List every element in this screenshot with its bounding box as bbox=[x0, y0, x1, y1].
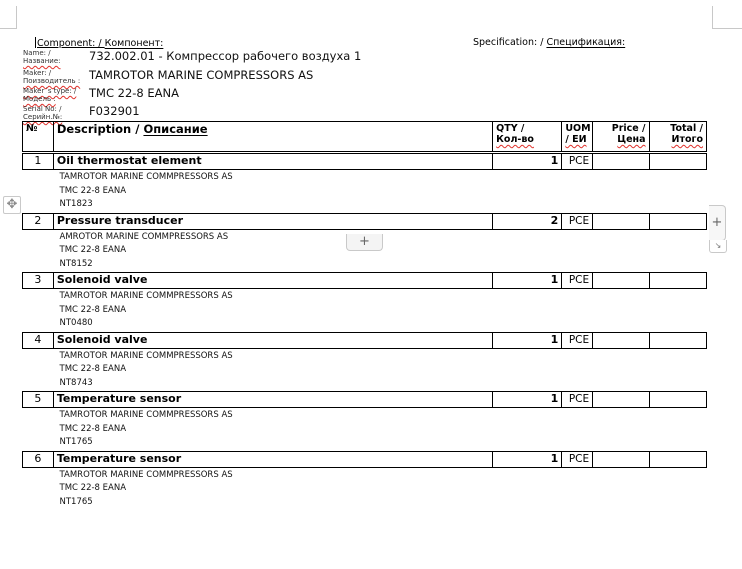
item-maker: TAMROTOR MARINE COMMPRESSORS AS bbox=[60, 350, 707, 364]
item-maker: TAMROTOR MARINE COMMPRESSORS AS bbox=[60, 171, 707, 185]
name-label: Name: / Название: bbox=[23, 49, 85, 65]
specification-label-en: Specification: / bbox=[473, 37, 546, 48]
item-type: TMC 22-8 EANA bbox=[60, 304, 707, 318]
item-price[interactable] bbox=[593, 273, 649, 289]
item-total[interactable] bbox=[649, 451, 706, 467]
item-uom[interactable]: PCE bbox=[562, 154, 593, 170]
serial-label: Serial No: / Серийн.№: bbox=[23, 105, 85, 121]
table-row[interactable]: 1Oil thermostat element1PCE bbox=[23, 154, 707, 170]
item-number[interactable]: 4 bbox=[23, 332, 54, 348]
resize-icon: ↘ bbox=[715, 241, 722, 250]
table-header-row: № Description / Описание QTY /Кол-во UOM… bbox=[23, 122, 707, 152]
item-total[interactable] bbox=[649, 273, 706, 289]
item-number[interactable]: 2 bbox=[23, 213, 54, 229]
item-uom[interactable]: PCE bbox=[562, 451, 593, 467]
header-uom: UOM/ ЕИ bbox=[562, 122, 593, 152]
item-quantity[interactable]: 1 bbox=[493, 273, 562, 289]
item-price[interactable] bbox=[593, 332, 649, 348]
item-details-row: TAMROTOR MARINE COMMPRESSORS ASTMC 22-8 … bbox=[23, 289, 707, 333]
item-number[interactable]: 3 bbox=[23, 273, 54, 289]
item-quantity[interactable]: 2 bbox=[493, 213, 562, 229]
item-uom[interactable]: PCE bbox=[562, 392, 593, 408]
item-details-row: TAMROTOR MARINE COMMPRESSORS ASTMC 22-8 … bbox=[23, 170, 707, 214]
header-price: Price /Цена bbox=[593, 122, 649, 152]
item-description[interactable]: Pressure transducer bbox=[53, 213, 492, 229]
item-price[interactable] bbox=[593, 154, 649, 170]
item-number[interactable]: 6 bbox=[23, 451, 54, 467]
item-uom[interactable]: PCE bbox=[562, 332, 593, 348]
item-maker: TAMROTOR MARINE COMMPRESSORS AS bbox=[60, 290, 707, 304]
name-value: 732.002.01 - Компрессор рабочего воздуха… bbox=[89, 49, 361, 63]
table-row[interactable]: 6Temperature sensor1PCE bbox=[23, 451, 707, 467]
item-part-no: NT0480 bbox=[60, 317, 707, 331]
table-row[interactable]: 3Solenoid valve1PCE bbox=[23, 273, 707, 289]
item-maker: AMROTOR MARINE COMMPRESSORS AS bbox=[60, 231, 707, 245]
item-price[interactable] bbox=[593, 451, 649, 467]
specification-heading: Specification: / Спецификация: bbox=[473, 37, 625, 48]
item-total[interactable] bbox=[649, 154, 706, 170]
item-quantity[interactable]: 1 bbox=[493, 392, 562, 408]
header-total: Total /Итого bbox=[649, 122, 706, 152]
item-total[interactable] bbox=[649, 213, 706, 229]
item-part-no: NT1823 bbox=[60, 198, 707, 212]
item-description[interactable]: Solenoid valve bbox=[53, 332, 492, 348]
item-description[interactable]: Temperature sensor bbox=[53, 392, 492, 408]
item-price[interactable] bbox=[593, 213, 649, 229]
item-type: TMC 22-8 EANA bbox=[60, 244, 707, 258]
item-price[interactable] bbox=[593, 392, 649, 408]
item-description[interactable]: Oil thermostat element bbox=[53, 154, 492, 170]
item-details-row: TAMROTOR MARINE COMMPRESSORS ASTMC 22-8 … bbox=[23, 408, 707, 452]
item-type: TMC 22-8 EANA bbox=[60, 423, 707, 437]
move-icon: ✥ bbox=[7, 197, 18, 212]
maker-type-value: TMC 22-8 EANA bbox=[89, 86, 179, 100]
item-uom[interactable]: PCE bbox=[562, 213, 593, 229]
item-part-no: NT8743 bbox=[60, 377, 707, 391]
item-details-row: TAMROTOR MARINE COMMPRESSORS ASTMC 22-8 … bbox=[23, 348, 707, 392]
specification-table: № Description / Описание QTY /Кол-во UOM… bbox=[22, 121, 707, 510]
plus-icon: + bbox=[712, 215, 723, 230]
item-quantity[interactable]: 1 bbox=[493, 332, 562, 348]
item-description[interactable]: Temperature sensor bbox=[53, 451, 492, 467]
item-type: TMC 22-8 EANA bbox=[60, 363, 707, 377]
item-part-no: NT1765 bbox=[60, 496, 707, 510]
table-row[interactable]: 4Solenoid valve1PCE bbox=[23, 332, 707, 348]
item-maker: TAMROTOR MARINE COMMPRESSORS AS bbox=[60, 409, 707, 423]
item-number[interactable]: 5 bbox=[23, 392, 54, 408]
item-total[interactable] bbox=[649, 332, 706, 348]
table-row[interactable]: 5Temperature sensor1PCE bbox=[23, 392, 707, 408]
plus-icon: + bbox=[359, 234, 370, 249]
item-maker: TAMROTOR MARINE COMMPRESSORS AS bbox=[60, 469, 707, 483]
page-corner-mark-left bbox=[0, 6, 17, 29]
header-no: № bbox=[23, 122, 54, 152]
item-type: TMC 22-8 EANA bbox=[60, 185, 707, 199]
header-qty: QTY /Кол-во bbox=[493, 122, 562, 152]
serial-value: F032901 bbox=[89, 104, 140, 118]
specification-label-ru: Спецификация: bbox=[546, 37, 625, 48]
maker-type-label: Maker´s type: / Модель : bbox=[23, 87, 85, 103]
item-type: TMC 22-8 EANA bbox=[60, 482, 707, 496]
item-part-no: NT8152 bbox=[60, 258, 707, 272]
page-corner-mark-right bbox=[712, 6, 742, 29]
maker-label: Maker: / Поизводитель : bbox=[23, 69, 85, 85]
item-quantity[interactable]: 1 bbox=[493, 154, 562, 170]
item-part-no: NT1765 bbox=[60, 436, 707, 450]
component-heading: Component: / Компонент: bbox=[35, 37, 163, 49]
item-total[interactable] bbox=[649, 392, 706, 408]
maker-value: TAMROTOR MARINE COMPRESSORS AS bbox=[89, 68, 313, 82]
item-description[interactable]: Solenoid valve bbox=[53, 273, 492, 289]
table-move-handle[interactable]: ✥ bbox=[3, 196, 21, 214]
component-label-ru: Компонент: bbox=[105, 38, 164, 49]
add-column-button[interactable]: + bbox=[709, 205, 726, 241]
text-cursor bbox=[35, 37, 36, 48]
item-number[interactable]: 1 bbox=[23, 154, 54, 170]
item-uom[interactable]: PCE bbox=[562, 273, 593, 289]
item-details-row: TAMROTOR MARINE COMMPRESSORS ASTMC 22-8 … bbox=[23, 467, 707, 510]
header-description: Description / Описание bbox=[53, 122, 492, 152]
table-row[interactable]: 2Pressure transducer2PCE bbox=[23, 213, 707, 229]
add-row-button[interactable]: + bbox=[346, 234, 383, 251]
component-label-en: Component: / bbox=[37, 38, 105, 49]
item-quantity[interactable]: 1 bbox=[493, 451, 562, 467]
table-resize-handle[interactable]: ↘ bbox=[709, 240, 727, 253]
